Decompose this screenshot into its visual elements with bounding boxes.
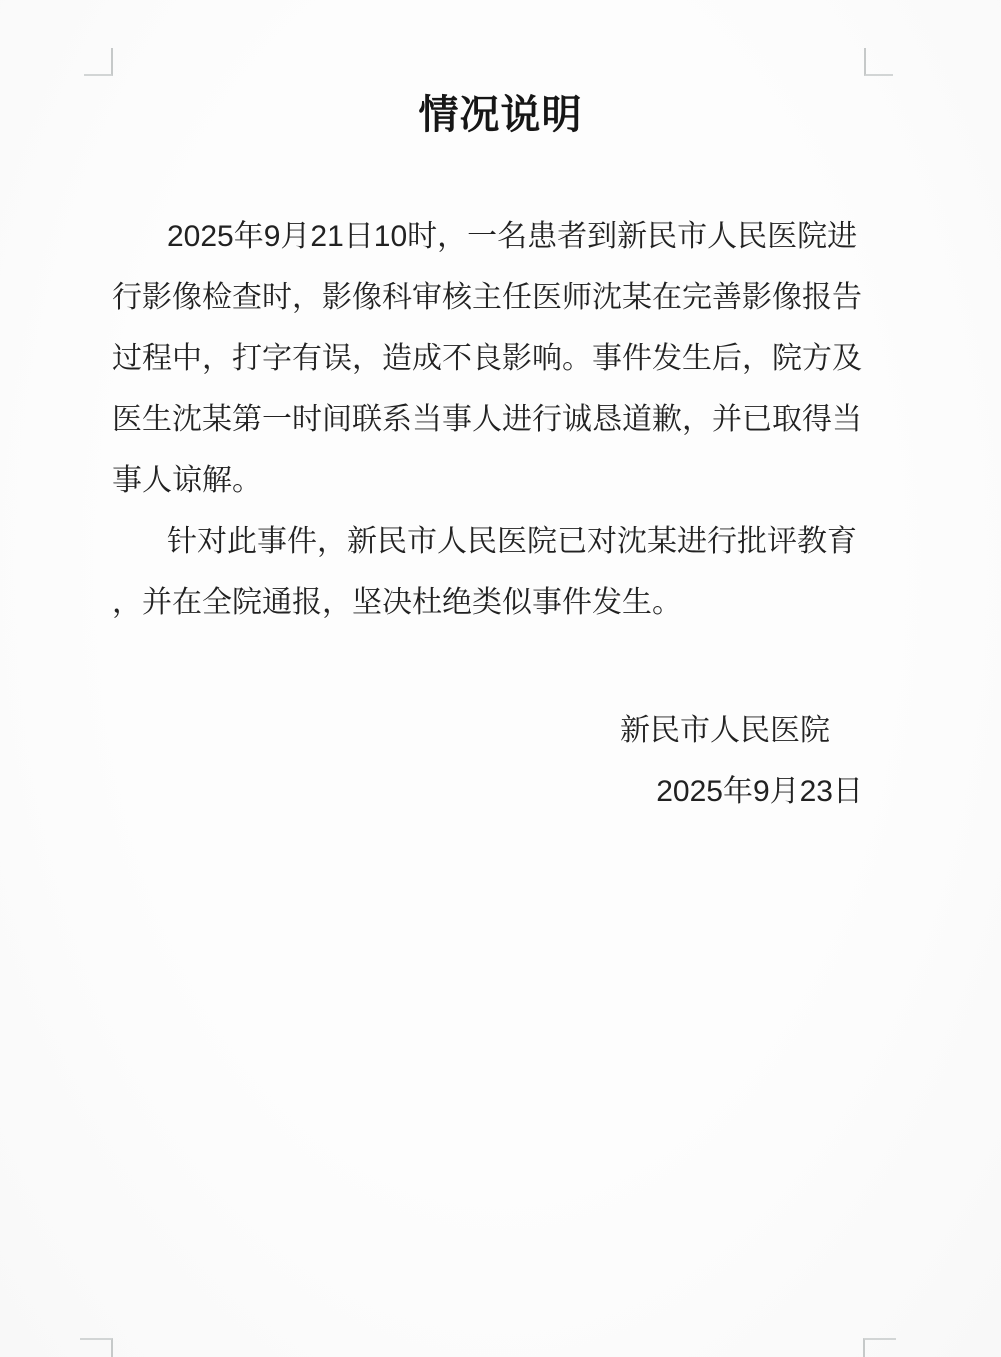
signature-date: 2025年9月23日: [112, 761, 863, 822]
signature-block: 新民市人民医院 2025年9月23日: [112, 700, 863, 822]
page-corner-mark-top-left: [84, 48, 113, 76]
paragraph-1-line-1: 2025年9月21日10时，一名患者到新民市人民医院进: [112, 206, 869, 267]
page-corner-mark-top-right: [864, 48, 893, 76]
paragraph-1-line-4: 医生沈某第一时间联系当事人进行诚恳道歉，并已取得当: [112, 389, 869, 450]
page-corner-mark-bottom-right: [863, 1338, 896, 1357]
document-body: 2025年9月21日10时，一名患者到新民市人民医院进 行影像检查时，影像科审核…: [112, 206, 869, 633]
paragraph-1-line-2: 行影像检查时，影像科审核主任医师沈某在完善影像报告: [112, 267, 869, 328]
paragraph-1-line-5: 事人谅解。: [112, 450, 869, 511]
signature-organization: 新民市人民医院: [112, 700, 863, 761]
paragraph-2-line-1: 针对此事件，新民市人民医院已对沈某进行批评教育: [112, 511, 869, 572]
page-corner-mark-bottom-left: [80, 1338, 113, 1357]
paragraph-1-line-3: 过程中，打字有误，造成不良影响。事件发生后，院方及: [112, 328, 869, 389]
document-page: 情况说明 2025年9月21日10时，一名患者到新民市人民医院进 行影像检查时，…: [0, 0, 1001, 1357]
paragraph-2-line-2: ，并在全院通报，坚决杜绝类似事件发生。: [112, 572, 869, 633]
document-title: 情况说明: [0, 83, 1001, 140]
